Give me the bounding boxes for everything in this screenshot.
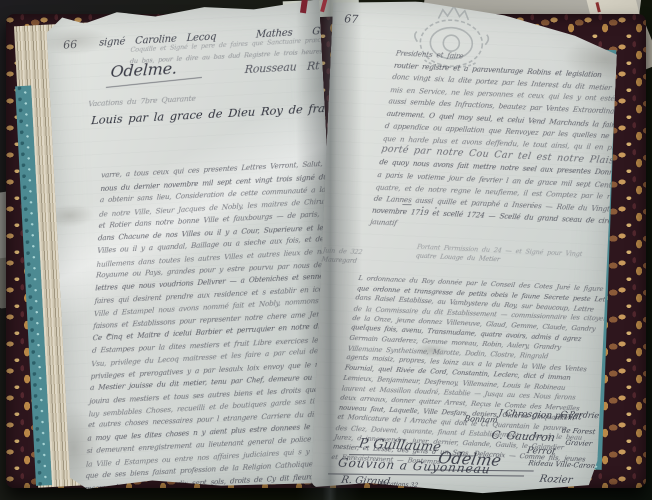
signature: Rozier bbox=[539, 474, 574, 486]
handwriting-line: faires qui desirent prendre aux residenc… bbox=[94, 283, 334, 308]
signature: Perrot bbox=[526, 446, 556, 457]
handwriting-line: varre, a tous ceux qui ces presentes Let… bbox=[101, 158, 341, 183]
signature-odelme: Odelme. bbox=[110, 59, 177, 82]
right-manuscript-page: 67 Presidents et faireroutier registre e… bbox=[311, 0, 619, 500]
handwriting-line: luy semblables Choses, recueilli et de b… bbox=[88, 394, 328, 421]
handwriting-line: de notre Ville, Sieur Jacques de Nobly, … bbox=[99, 194, 339, 221]
signature: Odelme bbox=[437, 448, 503, 470]
handwriting-line: Ville d Estampel nous avons nommé fait e… bbox=[94, 294, 334, 321]
page-number-left: 66 bbox=[63, 38, 78, 52]
handwriting-line: huillemens dans toutes les autres Villes… bbox=[96, 244, 336, 271]
handwriting-line: dans Chacune de nos Villes ou il y a Cou… bbox=[98, 221, 338, 245]
left-body-handwriting: varre, a tous ceux qui ces presentes Let… bbox=[84, 120, 343, 500]
handwriting-line: et Rotier dans notre bonne Ville et faux… bbox=[98, 208, 338, 233]
handwriting-line: privileges et prerogatives y a par lesau… bbox=[90, 358, 330, 383]
handwriting-line: d Estampes pour la dites mestiers et fru… bbox=[92, 333, 332, 357]
margin-note: Juin de 322Mauregard bbox=[321, 220, 367, 267]
handwriting-line: mesme d un lieu, payer dix sept sols, dr… bbox=[84, 470, 324, 495]
signature: Bonham bbox=[463, 414, 498, 424]
handwriting-line: a Mestier jouisse du dit metier, tenu pa… bbox=[90, 371, 330, 395]
handwriting-line: Villes ou il y a quandal, Baillage ou a … bbox=[97, 233, 337, 258]
handwriting-line: du bas, pour le dire au bas dud Registre… bbox=[130, 46, 333, 68]
page-number-right: 67 bbox=[344, 12, 359, 26]
handwriting-line: Ce Cinq et Maitre d icelui Barbier et pe… bbox=[92, 320, 332, 345]
handwriting-line: la Ville d Estampes ou entre nos affaire… bbox=[86, 444, 326, 471]
handwriting-line: lettres que nous voudrions Delivrer — a … bbox=[95, 270, 335, 295]
handwriting-line: Mauregard bbox=[321, 256, 362, 267]
handwriting-line: si demeurent enregistrement au lieutenan… bbox=[86, 433, 326, 458]
divider-dash: — . . bbox=[401, 199, 438, 212]
signature-rousseau: Rousseau Rt bbox=[244, 59, 319, 76]
handwriting-line: faisons et Establissons pour representer… bbox=[93, 308, 333, 333]
vacations-line: Vacations du 7bre Quarante bbox=[88, 94, 196, 109]
red-mark bbox=[595, 2, 600, 12]
handwriting-line: que de ses biens faisant profession de l… bbox=[85, 458, 325, 483]
left-manuscript-page: 66 Coquille et Signé le pere de faires q… bbox=[46, 0, 345, 497]
signature: C Perdrier bbox=[560, 410, 604, 421]
signature: Gravier bbox=[565, 439, 593, 448]
handwriting-line: Coquille et Signé le pere de faires que … bbox=[130, 34, 333, 56]
handwriting-line: Royaume ou Pays, grandes pour y estre po… bbox=[96, 258, 336, 282]
handwriting-line: Vsu, privilege du Lecoq maitresse et les… bbox=[91, 344, 331, 371]
handwriting-line: a moy que les dites choses n y aient plu… bbox=[87, 420, 327, 445]
manuscript-photo: 66 Coquille et Signé le pere de faires q… bbox=[0, 0, 652, 500]
handwriting-line: nous du dernier novembre mil sept cent v… bbox=[100, 170, 340, 195]
signature: de Forest bbox=[561, 427, 596, 436]
handwriting-line: jouira des mestiers et tous ses autres b… bbox=[89, 383, 329, 408]
handwriting-line: a obtenir sans lieu, Consideration de ce… bbox=[100, 183, 340, 207]
handwriting-line: Juin de 322 bbox=[322, 247, 363, 258]
handwriting-line: et autres choses necessaires pour l etra… bbox=[88, 408, 328, 432]
